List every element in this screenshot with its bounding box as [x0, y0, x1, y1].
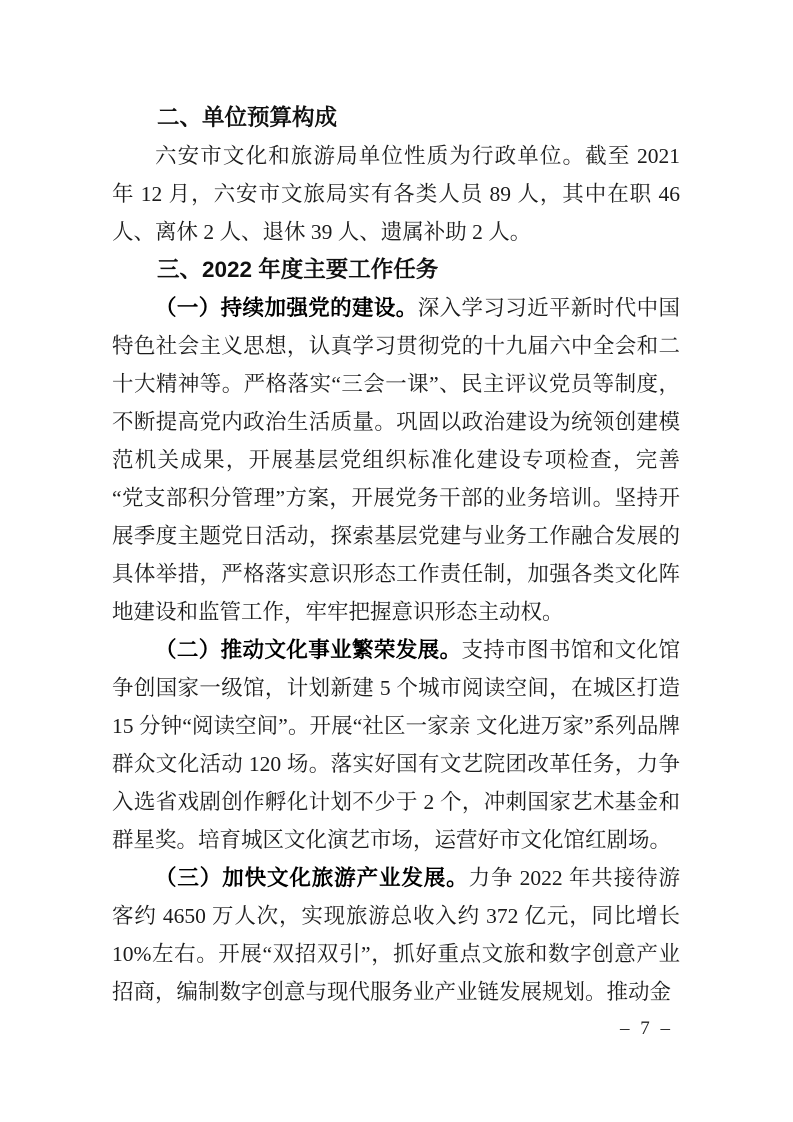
paragraph-task-3-tourism-industry: （三）加快文化旅游产业发展。力争 2022 年共接待游客约 4650 万人次，实… [112, 859, 680, 1011]
page-number: – 7 – [620, 1018, 673, 1040]
paragraph-task-1-party-building: （一）持续加强党的建设。深入学习习近平新时代中国特色社会主义思想，认真学习贯彻党… [112, 289, 680, 631]
paragraph-text: 深入学习习近平新时代中国特色社会主义思想，认真学习贯彻党的十九届六中全会和二十大… [112, 296, 680, 624]
paragraph-lead: （三）加快文化旅游产业发展。 [155, 866, 469, 890]
paragraph-lead: （一）持续加强党的建设。 [155, 296, 418, 320]
paragraph-unit-composition: 六安市文化和旅游局单位性质为行政单位。截至 2021 年 12 月，六安市文旅局… [112, 137, 680, 251]
document-content: 二、单位预算构成 六安市文化和旅游局单位性质为行政单位。截至 2021 年 12… [112, 99, 680, 1011]
document-page: { "page": { "background_color": "#ffffff… [0, 0, 793, 1122]
paragraph-lead: （二）推动文化事业繁荣发展。 [155, 638, 461, 662]
paragraph-text: 支持市图书馆和文化馆争创国家一级馆，计划新建 5 个城市阅读空间，在城区打造 1… [112, 638, 680, 852]
paragraph-text: 六安市文化和旅游局单位性质为行政单位。截至 2021 年 12 月，六安市文旅局… [112, 144, 680, 244]
heading-section-three-2022-tasks: 三、2022 年度主要工作任务 [112, 251, 680, 289]
heading-section-two-budget-composition: 二、单位预算构成 [112, 99, 680, 137]
paragraph-task-2-cultural-undertakings: （二）推动文化事业繁荣发展。支持市图书馆和文化馆争创国家一级馆，计划新建 5 个… [112, 631, 680, 859]
